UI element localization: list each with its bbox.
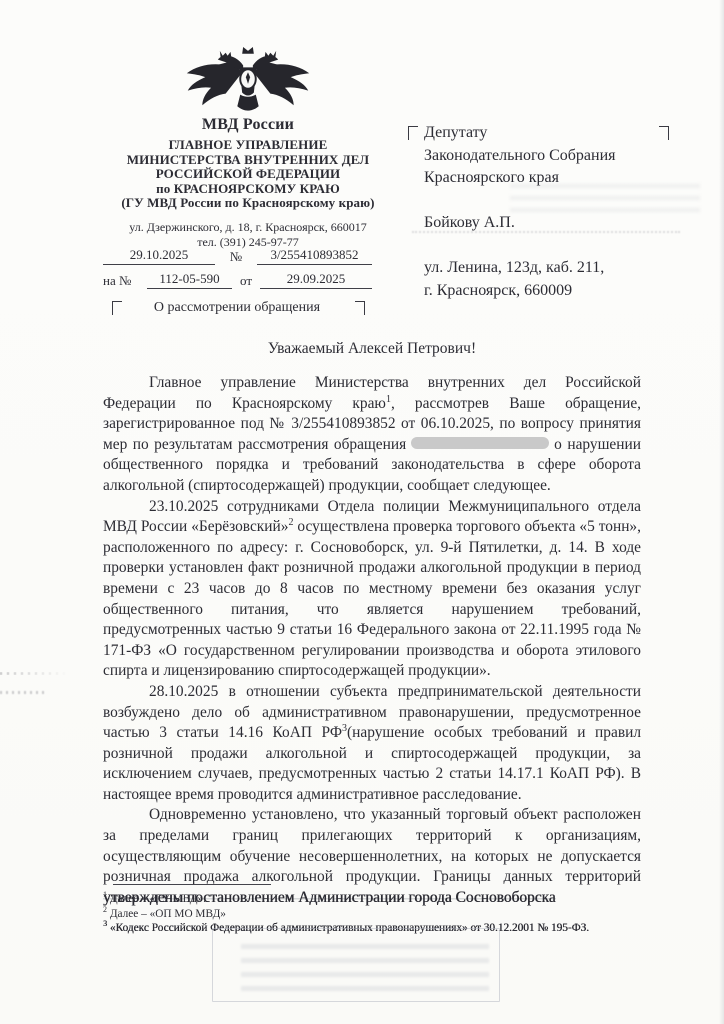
scan-paper-edge [719, 0, 724, 1024]
paragraph-text: Одновременно установлено, что указанный … [103, 806, 641, 885]
paragraph-3: 28.10.2025 в отношении субъекта предприн… [103, 682, 641, 806]
recipient-name: Бойкову А.П. [424, 212, 669, 235]
spacer [424, 235, 669, 258]
footnote-separator [113, 884, 271, 885]
reply-to-label: на № [103, 273, 147, 289]
paragraph-2: 23.10.2025 сотрудниками Отдела полиции М… [103, 497, 641, 682]
subject-line: О рассмотрении обращения [103, 300, 371, 316]
recipient-title-line: Красноярского края [424, 167, 669, 190]
recipient-title-line: Законодательного Собрания [424, 145, 669, 168]
org-full-name: ГЛАВНОЕ УПРАВЛЕНИЕ МИНИСТЕРСТВА ВНУТРЕНН… [95, 138, 401, 211]
footnote-marker: 1 [103, 890, 107, 899]
incoming-number: 112-05-590 [147, 271, 232, 289]
org-line: МИНИСТЕРСТВА ВНУТРЕННИХ ДЕЛ [95, 153, 401, 168]
scanned-letter-page: МВД России ГЛАВНОЕ УПРАВЛЕНИЕ МИНИСТЕРСТ… [0, 0, 724, 1024]
org-short-name: МВД России [95, 116, 401, 134]
number-sign-label: № [215, 249, 257, 265]
footnote-text: «Кодекс Российской Федерации об админист… [110, 922, 589, 934]
scan-edge-dots [0, 672, 70, 675]
scan-edge-dots [0, 691, 48, 694]
outgoing-ref-row: 29.10.2025 № 3/255410893852 [103, 247, 372, 265]
org-line: (ГУ МВД России по Красноярскому краю) [95, 196, 401, 211]
recipient-corner-mark-left [408, 126, 418, 140]
letterhead: МВД России ГЛАВНОЕ УПРАВЛЕНИЕ МИНИСТЕРСТ… [95, 46, 401, 250]
scan-bleedthrough-stamp-box [212, 928, 500, 1002]
footnote-marker: 3 [103, 919, 107, 928]
paragraph-1: Главное управление Министерства внутренн… [103, 373, 641, 497]
scan-bleedthrough-text [241, 937, 489, 991]
redacted-applicant-name [411, 437, 549, 449]
outgoing-number: 3/255410893852 [257, 247, 372, 265]
footnotes: 1 Далее – «ГУ МВД». 2 Далее – «ОП МО МВД… [103, 892, 648, 936]
recipient-title-line: Депутату [424, 122, 669, 145]
from-label: от [232, 273, 260, 289]
reference-block: 29.10.2025 № 3/255410893852 на № 112-05-… [103, 247, 372, 289]
footnote-text: Далее – «ОП МО МВД» [110, 908, 226, 920]
recipient-block: Депутату Законодательного Собрания Красн… [424, 122, 669, 302]
letter-body: Главное управление Министерства внутренн… [103, 373, 641, 908]
recipient-address-line: г. Красноярск, 660009 [424, 280, 669, 303]
footnote-marker: 2 [103, 905, 107, 914]
footnote-1: 1 Далее – «ГУ МВД». [103, 892, 648, 907]
footnote-3: 3 «Кодекс Российской Федерации об админи… [103, 921, 648, 936]
org-address: ул. Дзержинского, д. 18, г. Красноярск, … [95, 220, 401, 235]
incoming-date: 29.09.2025 [260, 271, 372, 289]
paragraph-text: осуществлена проверка торгового объекта … [103, 518, 641, 679]
footnote-text: Далее – «ГУ МВД». [110, 893, 206, 905]
incoming-ref-row: на № 112-05-590 от 29.09.2025 [103, 271, 372, 289]
org-line: РОССИЙСКОЙ ФЕДЕРАЦИИ [95, 167, 401, 182]
recipient-address-line: ул. Ленина, 123д, каб. 211, [424, 257, 669, 280]
org-line: по КРАСНОЯРСКОМУ КРАЮ [95, 182, 401, 197]
outgoing-date: 29.10.2025 [103, 247, 215, 265]
salutation: Уважаемый Алексей Петрович! [103, 340, 641, 358]
spacer [424, 190, 669, 213]
footnote-2: 2 Далее – «ОП МО МВД» [103, 907, 648, 922]
double-headed-eagle-emblem-icon [174, 46, 322, 114]
org-line: ГЛАВНОЕ УПРАВЛЕНИЕ [95, 138, 401, 153]
